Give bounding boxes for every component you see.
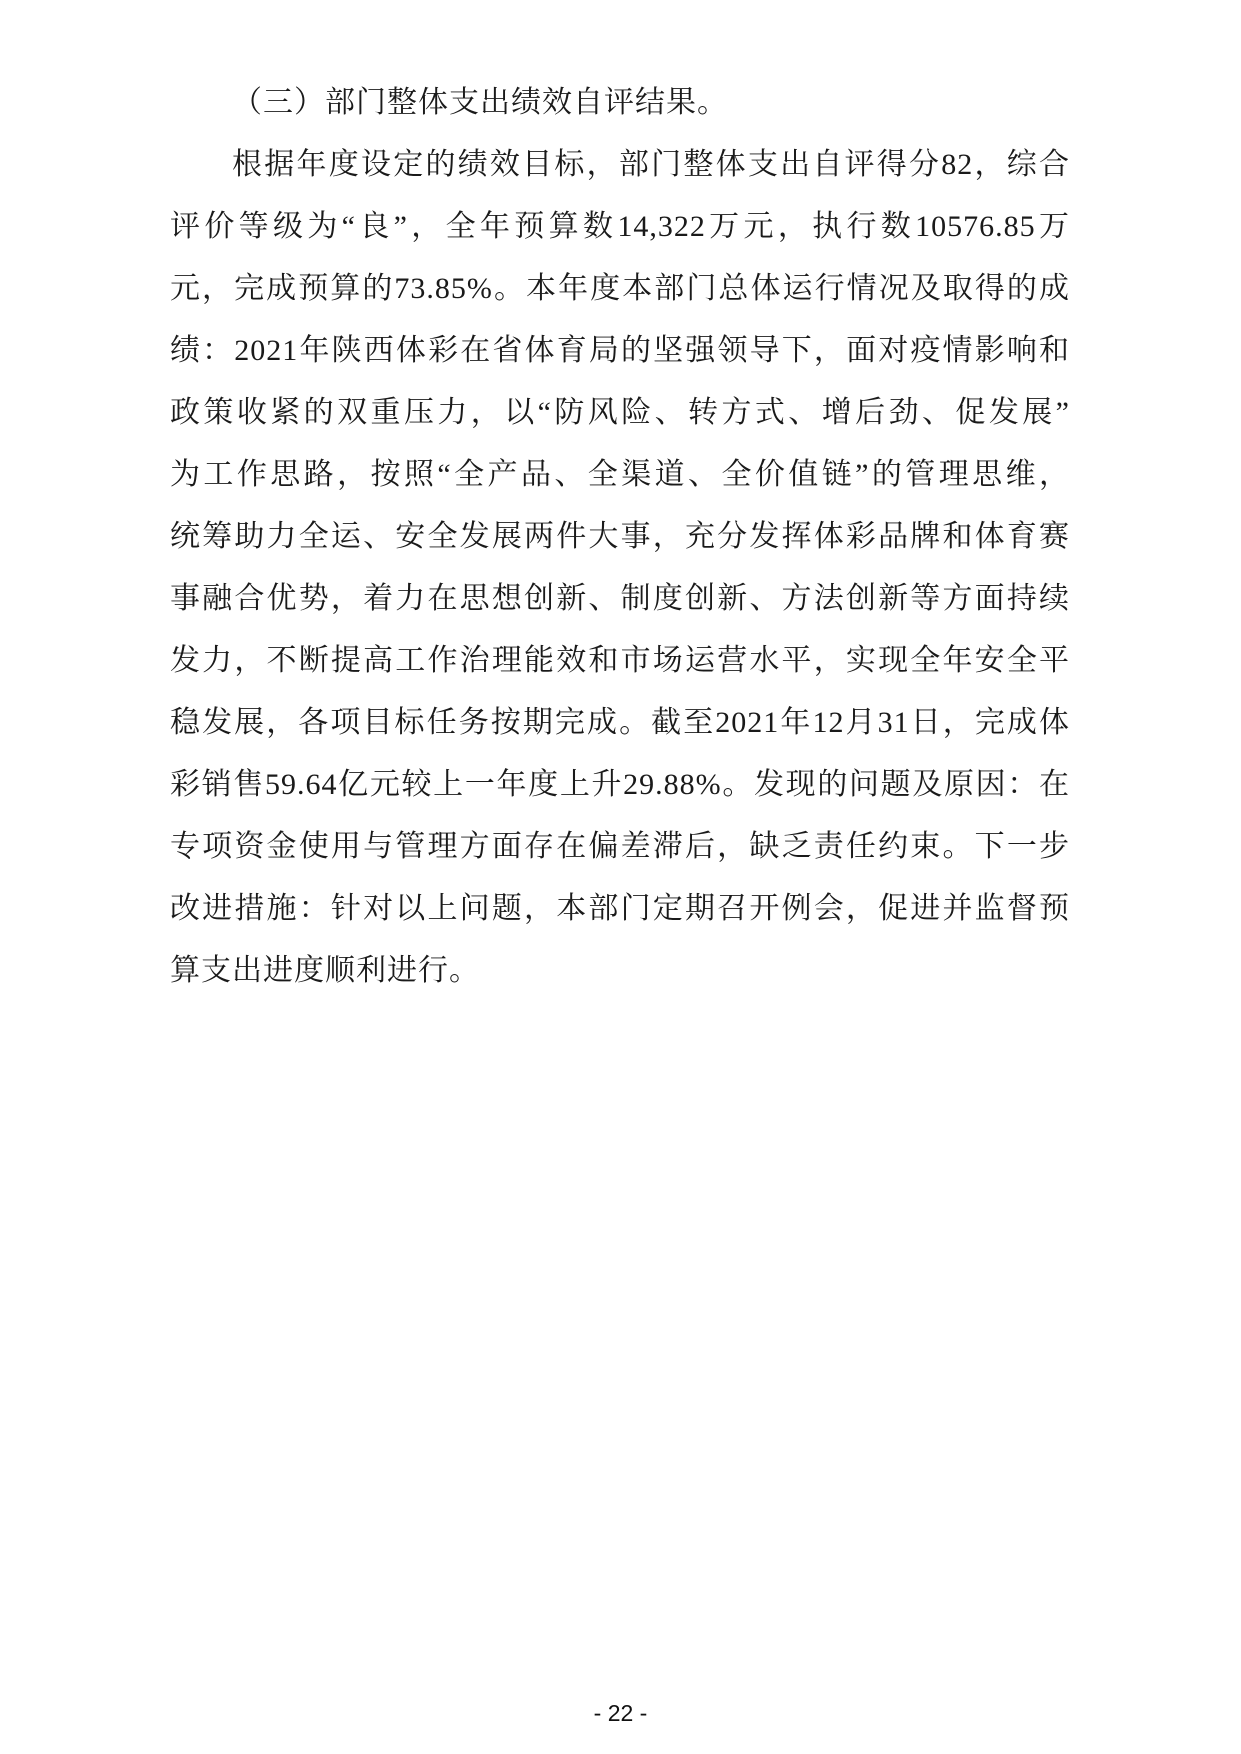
paragraph-line: 绩：2021年陕西体彩在省体育局的坚强领导下，面对疫情影响和 — [170, 320, 1070, 382]
document-body: （三）部门整体支出绩效自评结果。 根据年度设定的绩效目标，部门整体支出自评得分8… — [170, 72, 1070, 1002]
paragraph-line: 彩销售59.64亿元较上一年度上升29.88%。发现的问题及原因：在 — [170, 754, 1070, 816]
document-page: （三）部门整体支出绩效自评结果。 根据年度设定的绩效目标，部门整体支出自评得分8… — [0, 0, 1241, 1754]
paragraph-line: 稳发展，各项目标任务按期完成。截至2021年12月31日，完成体 — [170, 692, 1070, 754]
paragraph-line: 专项资金使用与管理方面存在偏差滞后，缺乏责任约束。下一步 — [170, 816, 1070, 878]
section-heading: （三）部门整体支出绩效自评结果。 — [170, 72, 1070, 134]
page-number: - 22 - — [594, 1700, 648, 1726]
page-footer: - 22 - — [0, 1698, 1241, 1728]
paragraph-line: 为工作思路，按照“全产品、全渠道、全价值链”的管理思维， — [170, 444, 1070, 506]
paragraph-line: 事融合优势，着力在思想创新、制度创新、方法创新等方面持续 — [170, 568, 1070, 630]
paragraph-line: 改进措施：针对以上问题，本部门定期召开例会，促进并监督预 — [170, 878, 1070, 940]
paragraph-line: 评价等级为“良”，全年预算数14,322万元，执行数10576.85万 — [170, 196, 1070, 258]
paragraph-line: 发力，不断提高工作治理能效和市场运营水平，实现全年安全平 — [170, 630, 1070, 692]
paragraph-line: 统筹助力全运、安全发展两件大事，充分发挥体彩品牌和体育赛 — [170, 506, 1070, 568]
paragraph-line: 算支出进度顺利进行。 — [170, 940, 1070, 1002]
paragraph-line: 政策收紧的双重压力，以“防风险、转方式、增后劲、促发展” — [170, 382, 1070, 444]
paragraph-line: 元，完成预算的73.85%。本年度本部门总体运行情况及取得的成 — [170, 258, 1070, 320]
paragraph-line: 根据年度设定的绩效目标，部门整体支出自评得分82，综合 — [170, 134, 1070, 196]
